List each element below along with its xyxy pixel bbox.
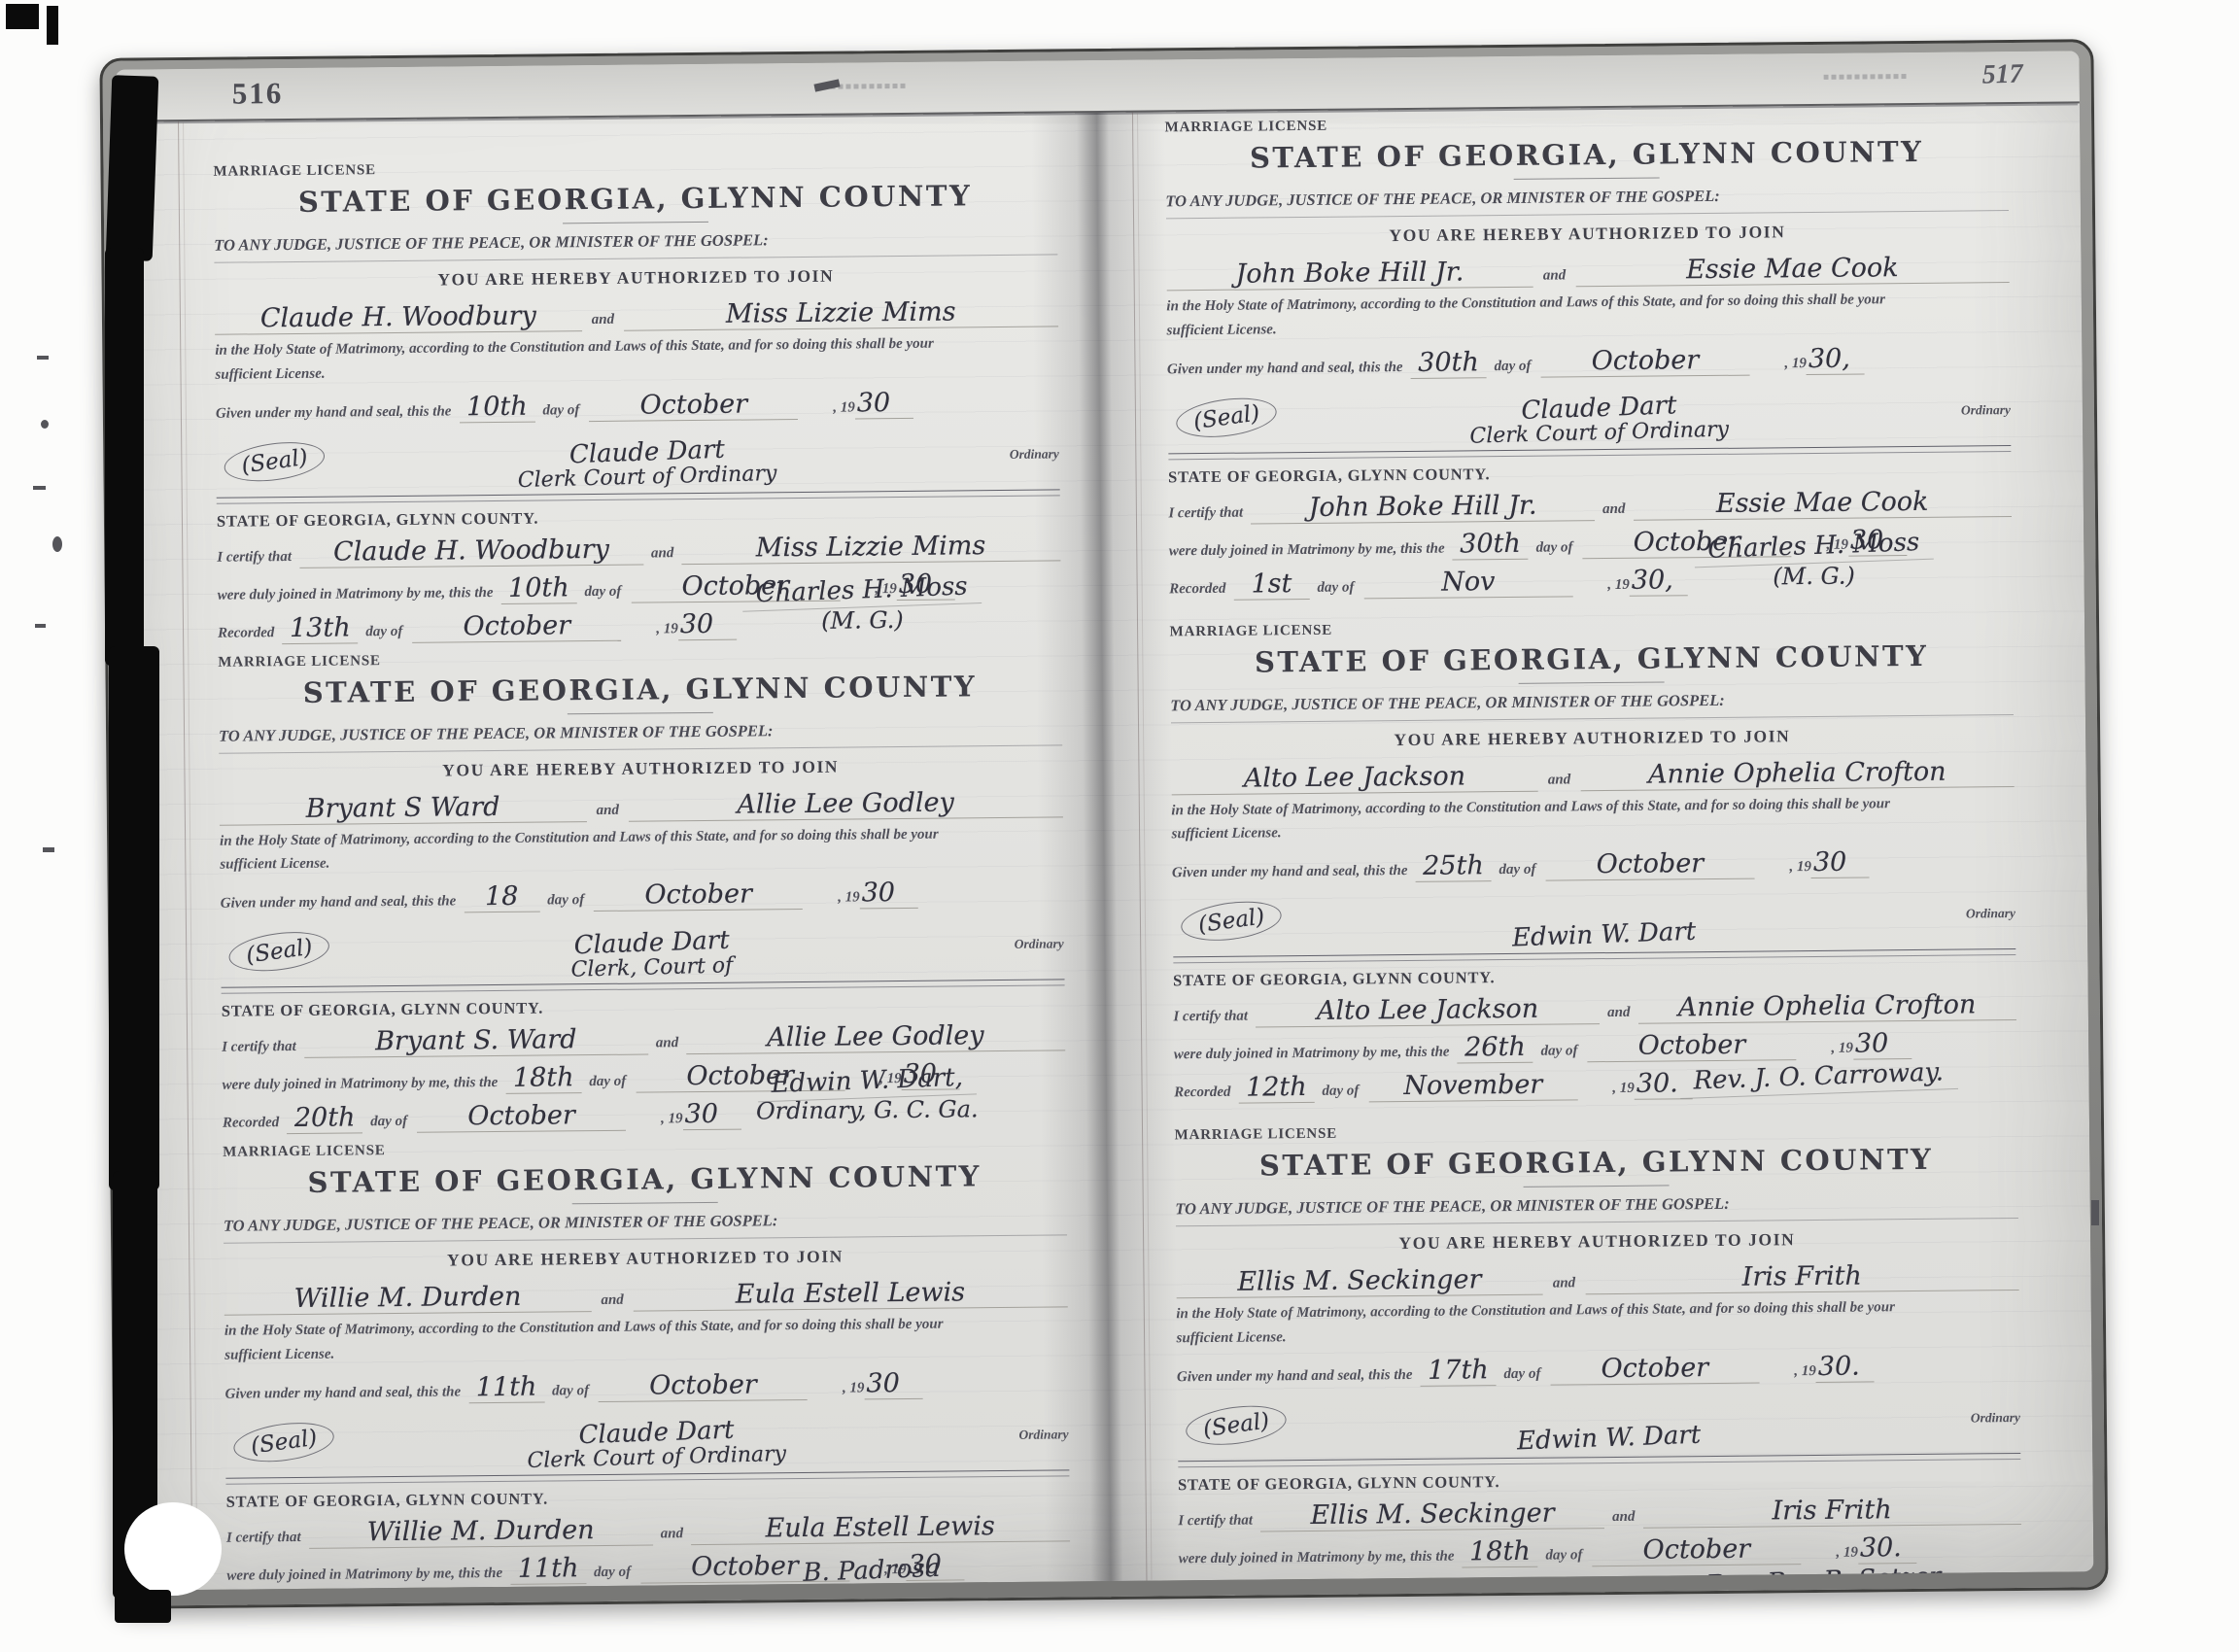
- names-line: Alto Lee Jackson and Annie Ophelia Croft…: [1171, 756, 2015, 795]
- clerk-signature-block: Claude Dart Clerk Court of Ordinary: [326, 432, 971, 492]
- joined-day: 11th: [510, 1553, 586, 1585]
- record-heading: STATE OF GEORGIA, GLYNN COUNTY: [1165, 134, 2009, 175]
- certification-heading: STATE OF GEORGIA, GLYNN COUNTY.: [1168, 460, 2012, 487]
- license-date-line: Given under my hand and seal, this the 3…: [1167, 342, 2011, 381]
- day-of-label: day of: [552, 1383, 589, 1399]
- certify-label: I certify that: [217, 549, 292, 567]
- certify-label: I certify that: [222, 1039, 296, 1056]
- seal-mark: (Seal): [226, 926, 331, 976]
- marriage-license-record: MARRIAGE LICENSE STATE OF GEORGIA, GLYNN…: [1175, 1119, 2022, 1591]
- officiant-signature: Charles H. Moss: [742, 572, 982, 612]
- day-of-label: day of: [370, 1114, 407, 1130]
- certify-label: I certify that: [1173, 1009, 1248, 1026]
- license-year: 30: [859, 878, 917, 910]
- day-of-label: day of: [1503, 1365, 1540, 1382]
- license-date-line: Given under my hand and seal, this the 1…: [216, 386, 1059, 425]
- recorded-month: October: [417, 1100, 626, 1133]
- year-prefix: , 19: [843, 1380, 865, 1396]
- bride-name: Eula Estell Lewis: [634, 1276, 1068, 1311]
- recorded-day: 20th: [287, 1102, 362, 1134]
- clerk-signature-block: Edwin W. Dart: [1287, 1419, 1931, 1456]
- license-date-line: Given under my hand and seal, this the 2…: [1172, 845, 2015, 884]
- certify-line: I certify that Bryant S. Ward and Allie …: [222, 1019, 1065, 1058]
- day-of-label: day of: [365, 623, 402, 639]
- year-prefix: , 19: [1784, 356, 1807, 372]
- certification-heading: STATE OF GEORGIA, GLYNN COUNTY.: [217, 503, 1060, 531]
- record-heading: STATE OF GEORGIA, GLYNN COUNTY: [214, 178, 1057, 219]
- left-page-number: 516: [232, 76, 284, 112]
- pages-surface: 516 517 MARRIAGE LICENSE STATE OF GEORGI…: [116, 51, 2094, 1590]
- marriage-license-record: MARRIAGE LICENSE STATE OF GEORGIA, GLYNN…: [1165, 112, 2013, 601]
- scan-artifact: [43, 847, 54, 852]
- officiant-title: N.P. + Ex.O. J.P.: [706, 1587, 1037, 1591]
- year-prefix: , 19: [1617, 1584, 1639, 1590]
- recorded-day: 13th: [1243, 1575, 1319, 1590]
- joined-month: October: [1587, 1029, 1796, 1062]
- officiant-title: Ordinary, G. C. Ga.: [702, 1096, 1032, 1126]
- addressee-line: TO ANY JUDGE, JUSTICE OF THE PEACE, OR M…: [219, 718, 1062, 753]
- joined-label: were duly joined in Matrimony by me, thi…: [222, 1075, 498, 1094]
- bride-name: Iris Frith: [1585, 1259, 2019, 1294]
- day-of-label: day of: [1498, 862, 1535, 878]
- recorded-label: Recorded: [1174, 1084, 1230, 1102]
- joined-day: 18th: [505, 1062, 581, 1094]
- ordinary-label: Ordinary: [970, 446, 1059, 463]
- certify-line: I certify that Ellis M. Seckinger and Ir…: [1178, 1493, 2021, 1532]
- certification-heading: STATE OF GEORGIA, GLYNN COUNTY.: [1173, 963, 2016, 990]
- marriage-license-label: MARRIAGE LICENSE: [1170, 616, 2014, 640]
- recorded-date-line: Recorded 23 day of October , 19 30,: [227, 1586, 1071, 1591]
- recorded-label: Recorded: [218, 625, 274, 642]
- and-label: and: [1607, 1005, 1631, 1021]
- joined-day: 30th: [1452, 528, 1528, 560]
- right-page: MARRIAGE LICENSE STATE OF GEORGIA, GLYNN…: [1102, 103, 2093, 1581]
- groom-name: Claude H. Woodbury: [215, 300, 582, 335]
- authorize-line: YOU ARE HEREBY AUTHORIZED TO JOIN: [219, 754, 1062, 782]
- day-of-label: day of: [589, 1074, 626, 1090]
- certify-bride-name: Iris Frith: [1642, 1493, 2021, 1528]
- record-heading: STATE OF GEORGIA, GLYNN COUNTY: [219, 669, 1062, 709]
- right-page-number: 517: [1981, 59, 2023, 91]
- year-prefix: , 19: [1789, 859, 1811, 876]
- scanned-record-book: 516 517 MARRIAGE LICENSE STATE OF GEORGI…: [0, 0, 2239, 1652]
- day-of-label: day of: [1540, 1043, 1577, 1059]
- year-prefix: , 19: [833, 399, 855, 416]
- given-label: Given under my hand and seal, this the: [216, 403, 452, 422]
- and-label: and: [601, 1292, 624, 1309]
- officiant-signature-block: Edwin W. Dart, Ordinary, G. C. Ga.: [702, 1065, 1033, 1126]
- day-of-label: day of: [1545, 1547, 1582, 1564]
- marriage-license-record: MARRIAGE LICENSE STATE OF GEORGIA, GLYNN…: [218, 646, 1065, 1135]
- officiant-signature-block: Rev. Roy B. Setzer: [1658, 1566, 1988, 1591]
- certify-groom-name: Willie M. Durden: [308, 1514, 652, 1548]
- certify-label: I certify that: [226, 1529, 301, 1546]
- scan-artifact: [6, 4, 39, 29]
- year-prefix: , 19: [1612, 1081, 1635, 1097]
- joined-label: were duly joined in Matrimony by me, thi…: [1174, 1045, 1450, 1064]
- license-year: 30: [855, 387, 913, 419]
- names-line: Claude H. Woodbury and Miss Lizzie Mims: [215, 295, 1058, 334]
- marriage-license-label: MARRIAGE LICENSE: [223, 1136, 1066, 1160]
- certification-heading: STATE OF GEORGIA, GLYNN COUNTY.: [222, 993, 1065, 1020]
- certify-line: I certify that John Boke Hill Jr. and Es…: [1168, 486, 2012, 525]
- joined-year: 30: [1853, 1028, 1912, 1060]
- and-label: and: [661, 1526, 684, 1542]
- officiant-signature-block: Rev. J. O. Carroway.: [1653, 1061, 1983, 1095]
- joined-label: were duly joined in Matrimony by me, thi…: [218, 585, 494, 604]
- clerk-signature-block: Edwin W. Dart: [1282, 915, 1926, 952]
- officiant-signature: Charles H. Moss: [1694, 529, 1934, 568]
- certify-label: I certify that: [1168, 504, 1243, 522]
- and-label: and: [651, 545, 674, 562]
- certify-bride-name: Allie Lee Godley: [686, 1019, 1065, 1054]
- seal-mark: (Seal): [1178, 896, 1283, 946]
- recorded-label: Recorded: [1179, 1588, 1235, 1590]
- seal-clerk-row: (Seal) Claude Dart Clerk Court of Ordina…: [225, 1403, 1069, 1473]
- record-heading: STATE OF GEORGIA, GLYNN COUNTY: [1175, 1142, 2018, 1183]
- bride-name: Miss Lizzie Mims: [624, 295, 1058, 330]
- certify-groom-name: Bryant S. Ward: [304, 1024, 648, 1058]
- year-prefix: , 19: [661, 1111, 683, 1127]
- names-line: Bryant S Ward and Allie Lee Godley: [220, 786, 1063, 825]
- names-line: Willie M. Durden and Eula Estell Lewis: [224, 1276, 1068, 1315]
- scan-artifact: [52, 536, 62, 552]
- scan-artifact: [105, 248, 144, 666]
- recorded-month: November: [1368, 1069, 1577, 1102]
- heading-underline: [1519, 681, 1665, 683]
- license-day: 25th: [1415, 850, 1491, 882]
- day-of-label: day of: [1322, 1083, 1359, 1099]
- year-prefix: , 19: [1794, 1362, 1816, 1379]
- printer-mark: [1824, 74, 1908, 80]
- officiant-signature: Rev. J. O. Carroway.: [1679, 1058, 1957, 1099]
- certification-heading: STATE OF GEORGIA, GLYNN COUNTY.: [1178, 1466, 2021, 1494]
- certify-line: I certify that Claude H. Woodbury and Mi…: [217, 530, 1060, 568]
- license-date-line: Given under my hand and seal, this the 1…: [224, 1366, 1068, 1405]
- day-of-label: day of: [542, 402, 579, 419]
- certify-bride-name: Annie Ophelia Crofton: [1637, 989, 2016, 1024]
- given-label: Given under my hand and seal, this the: [1177, 1366, 1413, 1385]
- authorize-line: YOU ARE HEREBY AUTHORIZED TO JOIN: [1166, 220, 2010, 248]
- license-month: October: [589, 389, 798, 422]
- groom-name: Alto Lee Jackson: [1171, 760, 1538, 795]
- seal-mark: (Seal): [231, 1417, 336, 1466]
- and-label: and: [656, 1035, 679, 1051]
- seal-mark: (Seal): [222, 436, 327, 486]
- license-day: 17th: [1420, 1355, 1496, 1387]
- day-of-label: day of: [547, 892, 584, 909]
- ordinary-label: Ordinary: [975, 936, 1064, 952]
- year-prefix: , 19: [1836, 1544, 1858, 1561]
- marriage-license-label: MARRIAGE LICENSE: [1165, 112, 2009, 136]
- and-label: and: [1543, 267, 1567, 284]
- authorize-line: YOU ARE HEREBY AUTHORIZED TO JOIN: [215, 263, 1058, 292]
- year-prefix: , 19: [1607, 576, 1630, 593]
- ordinary-label: Ordinary: [979, 1427, 1068, 1443]
- names-line: John Boke Hill Jr. and Essie Mae Cook: [1166, 252, 2010, 291]
- clerk-signature-block: Claude Dart Clerk, Court of: [329, 923, 975, 982]
- scan-artifact: [35, 624, 46, 628]
- groom-name: Ellis M. Seckinger: [1176, 1264, 1543, 1299]
- seal-mark: (Seal): [1173, 393, 1278, 442]
- seal-clerk-row: (Seal) Claude Dart Clerk Court of Ordina…: [1167, 379, 2011, 449]
- recorded-day: 1st: [1233, 568, 1309, 600]
- recorded-month: October: [412, 609, 621, 642]
- certify-groom-name: Claude H. Woodbury: [299, 533, 643, 568]
- officiant-signature: Rev. Roy B. Setzer: [1692, 1563, 1955, 1591]
- heading-underline: [563, 222, 708, 224]
- ordinary-label: Ordinary: [1921, 402, 2011, 419]
- day-of-label: day of: [584, 583, 621, 600]
- scan-artifact: [124, 1502, 222, 1596]
- certify-line: I certify that Alto Lee Jackson and Anni…: [1173, 989, 2016, 1028]
- marriage-license-record: MARRIAGE LICENSE STATE OF GEORGIA, GLYNN…: [223, 1136, 1070, 1590]
- authorize-line: YOU ARE HEREBY AUTHORIZED TO JOIN: [1176, 1227, 2019, 1256]
- scan-artifact: [106, 75, 159, 261]
- day-of-label: day of: [1494, 358, 1531, 374]
- joined-label: were duly joined in Matrimony by me, thi…: [226, 1565, 502, 1584]
- seal-clerk-row: (Seal) Edwin W. Dart Ordinary: [1172, 882, 2015, 952]
- bride-name: Essie Mae Cook: [1575, 252, 2010, 287]
- bride-name: Annie Ophelia Crofton: [1580, 756, 2015, 791]
- recorded-day: 12th: [1238, 1072, 1314, 1104]
- seal-mark: (Seal): [1183, 1400, 1288, 1450]
- left-page: MARRIAGE LICENSE STATE OF GEORGIA, GLYNN…: [116, 113, 1117, 1591]
- addressee-line: TO ANY JUDGE, JUSTICE OF THE PEACE, OR M…: [224, 1208, 1067, 1243]
- and-label: and: [1602, 500, 1626, 517]
- license-date-line: Given under my hand and seal, this the 1…: [221, 876, 1064, 914]
- scan-artifact: [47, 6, 58, 45]
- authorize-line: YOU ARE HEREBY AUTHORIZED TO JOIN: [1171, 724, 2015, 752]
- scan-artifact: [41, 420, 49, 429]
- names-line: Ellis M. Seckinger and Iris Frith: [1176, 1259, 2019, 1298]
- officiant-signature-block: Charles H. Moss (M. G.): [697, 575, 1028, 637]
- recorded-month: November: [1373, 1573, 1582, 1591]
- marriage-license-record: MARRIAGE LICENSE STATE OF GEORGIA, GLYNN…: [1170, 616, 2017, 1105]
- joined-month: October: [1592, 1533, 1801, 1566]
- given-label: Given under my hand and seal, this the: [1167, 360, 1403, 378]
- marriage-license-record: MARRIAGE LICENSE STATE OF GEORGIA, GLYNN…: [213, 155, 1060, 644]
- scan-artifact: [37, 356, 49, 360]
- joined-label: were duly joined in Matrimony by me, thi…: [1169, 540, 1445, 560]
- joined-day: 18th: [1462, 1535, 1537, 1567]
- heading-underline: [571, 1202, 717, 1204]
- and-label: and: [596, 802, 619, 818]
- license-day: 10th: [459, 391, 534, 423]
- ordinary-label: Ordinary: [1926, 906, 2015, 922]
- day-of-label: day of: [1326, 1587, 1363, 1591]
- clerk-signature-block: Claude Dart Clerk Court of Ordinary: [1277, 389, 1922, 448]
- recorded-label: Recorded: [223, 1115, 279, 1132]
- license-day: 18: [464, 881, 539, 913]
- joined-day: 10th: [500, 572, 576, 604]
- marriage-license-label: MARRIAGE LICENSE: [1175, 1119, 2018, 1144]
- groom-name: Bryant S Ward: [220, 791, 587, 826]
- day-of-label: day of: [1317, 579, 1354, 596]
- day-of-label: day of: [1535, 539, 1572, 556]
- recorded-label: Recorded: [1169, 580, 1225, 598]
- officiant-signature: B. Padrosa: [789, 1554, 954, 1590]
- given-label: Given under my hand and seal, this the: [221, 893, 457, 912]
- license-year: 30: [864, 1367, 922, 1399]
- day-of-label: day of: [594, 1564, 631, 1580]
- license-date-line: Given under my hand and seal, this the 1…: [1177, 1349, 2020, 1388]
- groom-name: Willie M. Durden: [224, 1281, 592, 1316]
- ordinary-label: Ordinary: [1931, 1409, 2020, 1426]
- scan-artifact: [33, 486, 46, 490]
- certify-bride-name: Eula Estell Lewis: [691, 1510, 1070, 1545]
- officiant-signature-block: B. Padrosa N.P. + Ex.O. J.P.: [706, 1556, 1038, 1591]
- scan-artifact: [115, 1590, 171, 1623]
- certification-heading: STATE OF GEORGIA, GLYNN COUNTY.: [226, 1484, 1070, 1511]
- and-label: and: [1553, 1275, 1576, 1291]
- joined-year: 30.: [1858, 1532, 1916, 1565]
- record-heading: STATE OF GEORGIA, GLYNN COUNTY: [1170, 638, 2014, 679]
- certify-groom-name: Alto Lee Jackson: [1256, 993, 1600, 1027]
- seal-clerk-row: (Seal) Claude Dart Clerk, Court of Ordin…: [221, 912, 1064, 982]
- certify-label: I certify that: [1178, 1512, 1253, 1530]
- clerk-signature-block: Claude Dart Clerk Court of Ordinary: [334, 1413, 980, 1472]
- license-month: October: [594, 878, 803, 912]
- record-book-spread: 516 517 MARRIAGE LICENSE STATE OF GEORGI…: [99, 39, 2108, 1609]
- seal-clerk-row: (Seal) Claude Dart Clerk Court of Ordina…: [216, 423, 1059, 493]
- license-year: 30: [1811, 846, 1870, 878]
- marriage-license-label: MARRIAGE LICENSE: [213, 155, 1056, 180]
- scan-artifact: [109, 646, 159, 1190]
- seal-clerk-row: (Seal) Edwin W. Dart Ordinary: [1177, 1386, 2020, 1456]
- license-day: 30th: [1410, 347, 1486, 379]
- certify-groom-name: John Boke Hill Jr.: [1251, 490, 1595, 524]
- heading-underline: [1524, 1185, 1670, 1187]
- certify-line: I certify that Willie M. Durden and Eula…: [226, 1510, 1070, 1549]
- and-label: and: [1548, 772, 1571, 788]
- license-month: October: [1545, 848, 1754, 881]
- addressee-line: TO ANY JUDGE, JUSTICE OF THE PEACE, OR M…: [1175, 1191, 2018, 1226]
- license-day: 11th: [468, 1371, 544, 1403]
- officiant-signature-block: Charles H. Moss (M. G.): [1648, 531, 1980, 592]
- groom-name: John Boke Hill Jr.: [1166, 257, 1533, 292]
- heading-underline: [568, 711, 713, 713]
- authorize-line: YOU ARE HEREBY AUTHORIZED TO JOIN: [224, 1244, 1067, 1272]
- record-heading: STATE OF GEORGIA, GLYNN COUNTY: [223, 1158, 1066, 1199]
- heading-underline: [1514, 177, 1660, 179]
- given-label: Given under my hand and seal, this the: [1172, 863, 1408, 881]
- two-page-spread: MARRIAGE LICENSE STATE OF GEORGIA, GLYNN…: [116, 103, 2093, 1590]
- license-month: October: [599, 1368, 808, 1401]
- certify-groom-name: Ellis M. Seckinger: [1260, 1497, 1604, 1532]
- recorded-month: Nov: [1363, 566, 1572, 599]
- recorded-day: 13th: [282, 612, 358, 644]
- and-label: and: [592, 312, 615, 328]
- marriage-license-label: MARRIAGE LICENSE: [218, 646, 1061, 671]
- license-year: 30,: [1807, 343, 1865, 375]
- year-prefix: , 19: [1831, 1041, 1853, 1057]
- addressee-line: TO ANY JUDGE, JUSTICE OF THE PEACE, OR M…: [1170, 688, 2014, 723]
- addressee-line: TO ANY JUDGE, JUSTICE OF THE PEACE, OR M…: [214, 227, 1057, 262]
- license-month: October: [1540, 344, 1749, 377]
- license-year: 30.: [1816, 1351, 1875, 1383]
- scan-artifact: [2091, 1200, 2099, 1225]
- year-prefix: , 19: [656, 621, 678, 637]
- given-label: Given under my hand and seal, this the: [225, 1384, 462, 1402]
- certify-bride-name: Miss Lizzie Mims: [681, 530, 1060, 565]
- bride-name: Allie Lee Godley: [629, 786, 1063, 821]
- recorded-year: 30,: [687, 1589, 745, 1591]
- addressee-line: TO ANY JUDGE, JUSTICE OF THE PEACE, OR M…: [1165, 184, 2009, 219]
- year-prefix: , 19: [838, 889, 860, 906]
- and-label: and: [1612, 1508, 1636, 1525]
- joined-day: 26th: [1457, 1032, 1533, 1064]
- certify-bride-name: Essie Mae Cook: [1633, 486, 2012, 521]
- joined-label: were duly joined in Matrimony by me, thi…: [1179, 1548, 1455, 1567]
- license-month: October: [1550, 1352, 1759, 1385]
